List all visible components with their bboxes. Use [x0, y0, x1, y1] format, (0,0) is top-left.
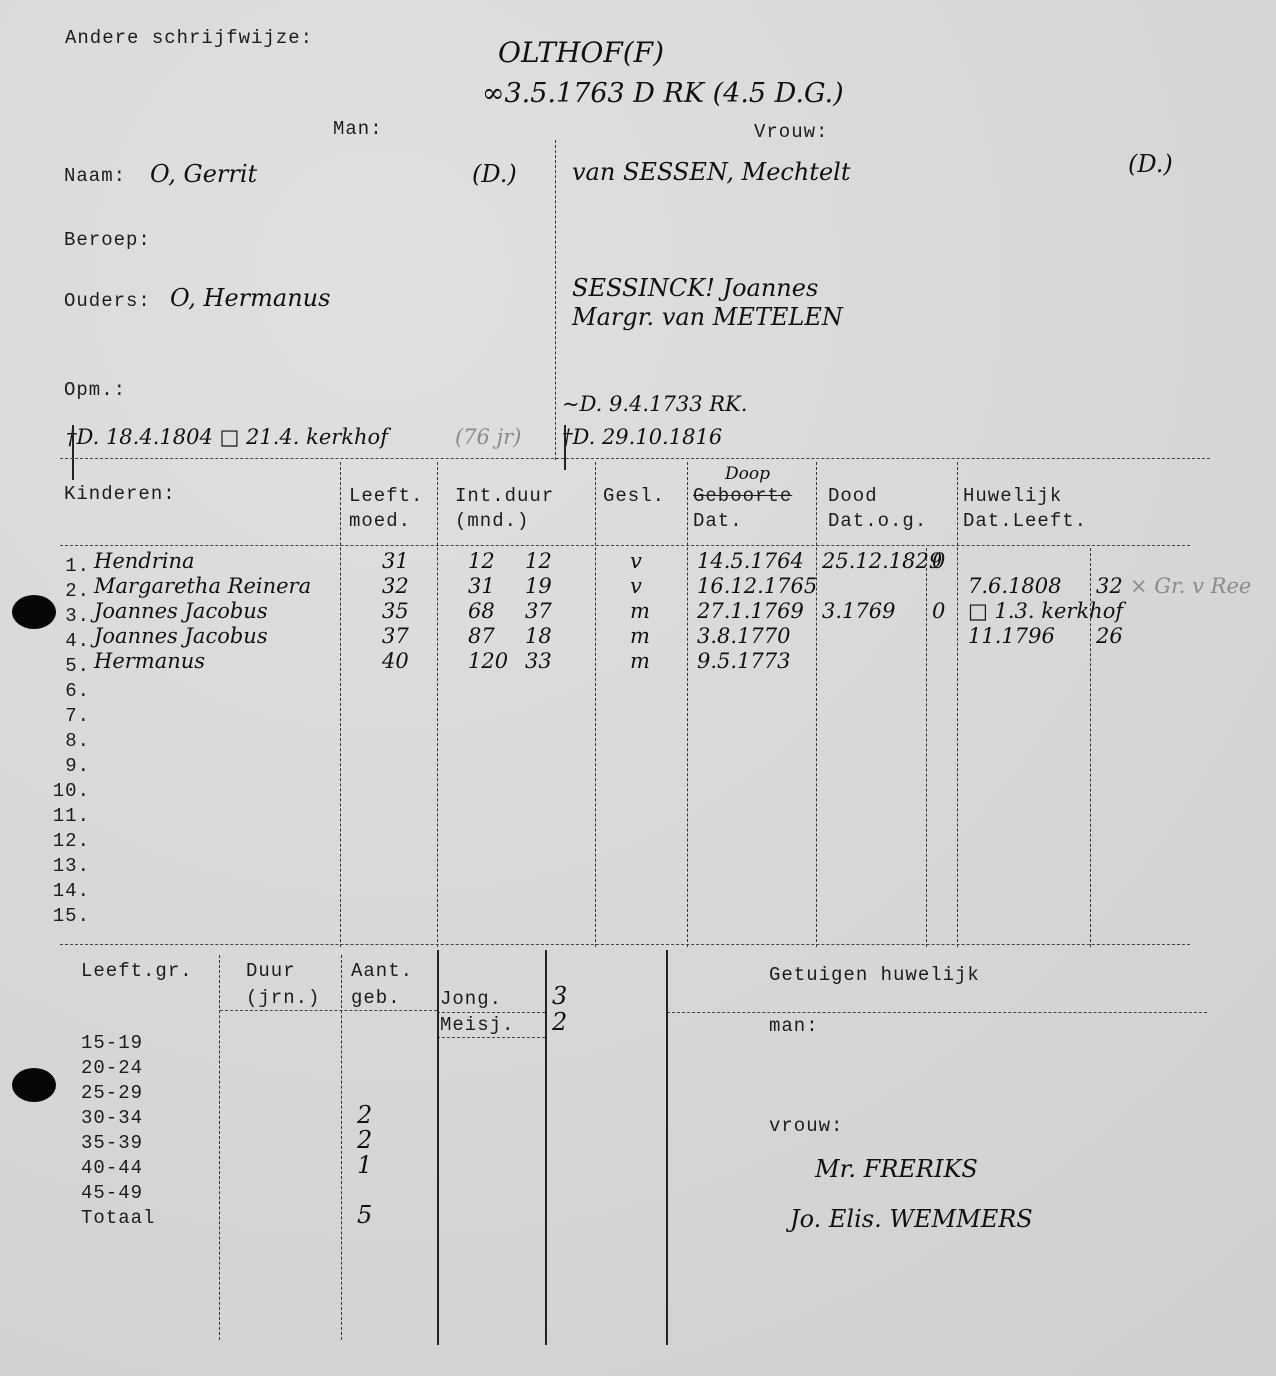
- andere-schrijfwijze-label: Andere schrijfwijze:: [65, 27, 313, 49]
- aant-header-1: Aant.: [351, 960, 413, 982]
- man-opm-age: (76 jr): [455, 425, 521, 449]
- geb-header-2: Dat.: [693, 510, 743, 532]
- vrouw-ouders-line1: SESSINCK! Joannes: [572, 274, 818, 302]
- col-line-gesl: [595, 462, 596, 947]
- gesl-header: Gesl.: [603, 485, 665, 507]
- col-line-geb: [687, 462, 688, 947]
- child-dood: 25.12.1829: [822, 549, 942, 573]
- vrouw-ouders-line2: Margr. van METELEN: [572, 303, 843, 331]
- child-leeft-moeder: 37: [382, 624, 409, 648]
- child-gesl: m: [630, 624, 650, 648]
- child-int-a: 12: [468, 549, 495, 573]
- col-line-huw: [957, 462, 958, 947]
- geb-header-1: Geboorte: [693, 485, 792, 507]
- child-huw-dat: 7.6.1808: [968, 574, 1062, 598]
- meisj-box-top: [437, 1012, 545, 1013]
- getuigen-man-label: man:: [769, 1015, 819, 1037]
- stats-age-group: 40-44: [81, 1157, 143, 1179]
- child-row-number: 3.: [50, 605, 90, 627]
- child-dood-og: 0: [932, 549, 945, 573]
- child-int-a: 68: [468, 599, 495, 623]
- getuigen-title: Getuigen huwelijk: [769, 964, 980, 986]
- beroep-label: Beroep:: [64, 229, 151, 251]
- vrouw-naam: van SESSEN, Mechtelt: [572, 158, 850, 186]
- opm-stroke-left: [72, 425, 74, 480]
- naam-label: Naam:: [64, 165, 126, 187]
- surname: OLTHOF(F): [498, 36, 664, 69]
- jong-value: 3: [552, 982, 567, 1010]
- opm-label: Opm.:: [64, 379, 126, 401]
- col-line-dood: [816, 462, 817, 947]
- child-name: Hendrina: [94, 549, 195, 573]
- stats-age-group: 35-39: [81, 1132, 143, 1154]
- stats-aant-geb: 1: [357, 1151, 372, 1179]
- duur-header-1: Duur: [246, 960, 296, 982]
- child-row-number: 6.: [50, 680, 90, 702]
- meisj-label: Meisj.: [440, 1014, 514, 1036]
- child-leeft-moeder: 35: [382, 599, 409, 623]
- child-gesl: m: [630, 599, 650, 623]
- child-huw-dat: □ 1.3. kerkhof: [968, 599, 1123, 623]
- child-row-number: 12.: [50, 830, 90, 852]
- table-top-line: [60, 458, 1210, 459]
- stats-col-duur: [219, 955, 220, 1340]
- table-header-line: [60, 545, 1190, 546]
- child-int-b: 33: [525, 649, 552, 673]
- child-row-number: 15.: [50, 905, 90, 927]
- child-row-number: 5.: [50, 655, 90, 677]
- getuigen-header-line: [667, 1012, 1207, 1013]
- vrouw-opm-line2: †D. 29.10.1816: [562, 425, 722, 449]
- child-row-number: 4.: [50, 630, 90, 652]
- dood-header-2: Dat.o.g.: [828, 510, 927, 532]
- child-huw-leeft: 26: [1096, 624, 1123, 648]
- child-row-number: 7.: [50, 705, 90, 727]
- child-geboorte: 3.8.1770: [697, 624, 791, 648]
- leeft-header-2: moed.: [349, 510, 411, 532]
- ouders-label: Ouders:: [64, 290, 151, 312]
- col-line-og: [926, 548, 927, 947]
- huw-header-2: Dat.Leeft.: [963, 510, 1087, 532]
- child-row-number: 13.: [50, 855, 90, 877]
- leeftgr-header: Leeft.gr.: [81, 960, 193, 982]
- opm-stroke-right: [564, 425, 566, 470]
- meisj-box-bottom: [437, 1037, 545, 1038]
- stats-header-line: [220, 1010, 437, 1011]
- child-huw-note: × Gr. v Ree: [1130, 574, 1251, 598]
- child-row-number: 10.: [50, 780, 90, 802]
- aant-header-2: geb.: [351, 987, 401, 1009]
- stats-age-group: 30-34: [81, 1107, 143, 1129]
- child-int-b: 19: [525, 574, 552, 598]
- meisj-value: 2: [552, 1008, 567, 1036]
- child-int-a: 120: [468, 649, 508, 673]
- child-name: Joannes Jacobus: [94, 624, 268, 648]
- child-name: Joannes Jacobus: [94, 599, 268, 623]
- child-int-a: 31: [468, 574, 495, 598]
- child-leeft-moeder: 31: [382, 549, 409, 573]
- man-naam: O, Gerrit: [150, 160, 257, 188]
- col-line-leeft: [340, 462, 341, 947]
- man-naam-place: (D.): [472, 160, 517, 188]
- child-int-b: 37: [525, 599, 552, 623]
- getuigen-vrouw-label: vrouw:: [769, 1115, 843, 1137]
- getuigen-vrouw-name-2: Jo. Elis. WEMMERS: [790, 1205, 1033, 1233]
- stats-aant-geb: 5: [357, 1201, 372, 1229]
- stats-col-jong: [437, 950, 439, 1345]
- vrouw-opm-line1: ~D. 9.4.1733 RK.: [562, 392, 747, 416]
- marriage-note: ∞3.5.1763 D RK (4.5 D.G.): [482, 78, 844, 109]
- stats-age-group: 15-19: [81, 1032, 143, 1054]
- man-ouders: O, Hermanus: [170, 284, 330, 312]
- child-geboorte: 14.5.1764: [697, 549, 804, 573]
- child-leeft-moeder: 40: [382, 649, 409, 673]
- child-name: Hermanus: [94, 649, 205, 673]
- geb-header-handwritten: Doop: [725, 464, 770, 484]
- child-leeft-moeder: 32: [382, 574, 409, 598]
- man-vrouw-divider: [555, 140, 556, 460]
- int-header-1: Int.duur: [455, 485, 554, 507]
- stats-aant-geb: 2: [357, 1101, 372, 1129]
- vrouw-naam-place: (D.): [1128, 150, 1173, 178]
- child-row-number: 8.: [50, 730, 90, 752]
- child-dood: 3.1769: [822, 599, 895, 623]
- int-header-2: (mnd.): [455, 510, 529, 532]
- stats-col-aant: [341, 955, 342, 1340]
- child-int-b: 18: [525, 624, 552, 648]
- getuigen-vrouw-name-1: Mr. FRERIKS: [815, 1155, 978, 1183]
- punch-hole-bottom: [12, 1068, 56, 1102]
- table-bottom-line: [60, 944, 1190, 945]
- child-dood-og: 0: [932, 599, 945, 623]
- child-huw-dat: 11.1796: [968, 624, 1055, 648]
- dood-header-1: Dood: [828, 485, 878, 507]
- man-opm: †D. 18.4.1804 □ 21.4. kerkhof: [66, 425, 388, 449]
- child-geboorte: 27.1.1769: [697, 599, 804, 623]
- stats-col-jong-val: [545, 950, 547, 1345]
- kinderen-header: Kinderen:: [64, 483, 176, 505]
- stats-age-group: 45-49: [81, 1182, 143, 1204]
- child-int-a: 87: [468, 624, 495, 648]
- child-huw-leeft: 32: [1096, 574, 1123, 598]
- huw-header-1: Huwelijk: [963, 485, 1062, 507]
- child-row-number: 9.: [50, 755, 90, 777]
- stats-age-group: 25-29: [81, 1082, 143, 1104]
- stats-age-group: Totaal: [81, 1207, 155, 1229]
- child-row-number: 14.: [50, 880, 90, 902]
- child-int-b: 12: [525, 549, 552, 573]
- duur-header-2: (jrn.): [246, 987, 320, 1009]
- vrouw-label: Vrouw:: [754, 121, 828, 143]
- child-row-number: 1.: [50, 555, 90, 577]
- child-gesl: v: [630, 549, 642, 573]
- child-name: Margaretha Reinera: [94, 574, 311, 598]
- child-geboorte: 16.12.1765: [697, 574, 817, 598]
- child-gesl: m: [630, 649, 650, 673]
- leeft-header-1: Leeft.: [349, 485, 423, 507]
- col-line-int: [437, 462, 438, 947]
- stats-age-group: 20-24: [81, 1057, 143, 1079]
- child-geboorte: 9.5.1773: [697, 649, 791, 673]
- child-row-number: 11.: [50, 805, 90, 827]
- stats-aant-geb: 2: [357, 1126, 372, 1154]
- child-row-number: 2.: [50, 580, 90, 602]
- jong-label: Jong.: [440, 988, 502, 1010]
- child-gesl: v: [630, 574, 642, 598]
- man-label: Man:: [333, 118, 383, 140]
- stats-col-getuigen: [666, 950, 668, 1345]
